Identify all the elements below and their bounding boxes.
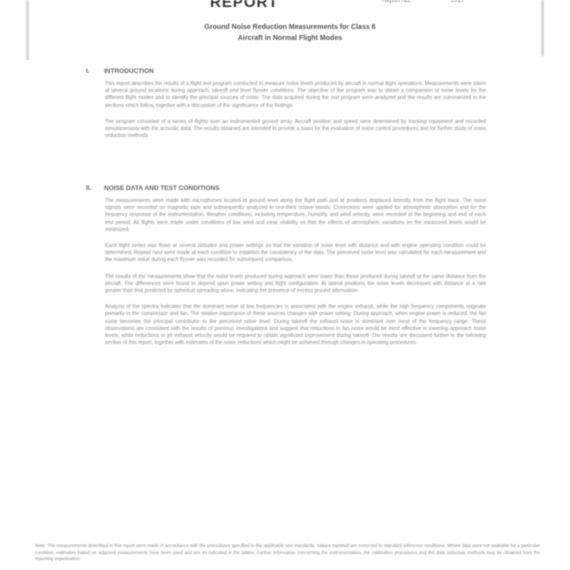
- paragraph: This report describes the results of a f…: [105, 81, 486, 110]
- section-noise-data: II. NOISE DATA AND TEST CONDITIONS The m…: [86, 185, 486, 356]
- footnote: Note: The measurements described in this…: [35, 543, 540, 563]
- section-number: II.: [86, 185, 104, 192]
- paragraph: The measurements were made with micropho…: [105, 198, 486, 234]
- section-heading: II. NOISE DATA AND TEST CONDITIONS: [86, 185, 486, 192]
- paragraph: Each flight series was flown at several …: [105, 243, 486, 265]
- section-introduction: I. INTRODUCTION This report describes th…: [86, 68, 486, 149]
- report-number-label: Report No.: [382, 0, 411, 4]
- section-title: NOISE DATA AND TEST CONDITIONS: [104, 185, 220, 192]
- page-border-right: [541, 0, 544, 56]
- document-title-line-2: Aircraft in Normal Flight Modes: [140, 33, 440, 44]
- paragraph: Analysis of the spectra indicates that t…: [105, 304, 486, 347]
- paragraph: The results of the measurements show tha…: [105, 274, 486, 296]
- report-title: REPORT: [210, 0, 279, 11]
- section-heading: I. INTRODUCTION: [86, 68, 486, 75]
- page-border-left: [26, 0, 29, 60]
- document-title: Ground Noise Reduction Measurements for …: [140, 22, 440, 44]
- section-title: INTRODUCTION: [104, 68, 154, 75]
- section-number: I.: [86, 68, 104, 75]
- report-number-value: 2017: [451, 0, 464, 4]
- document-title-line-1: Ground Noise Reduction Measurements for …: [140, 22, 440, 33]
- paragraph: The program consisted of a series of fli…: [105, 119, 486, 141]
